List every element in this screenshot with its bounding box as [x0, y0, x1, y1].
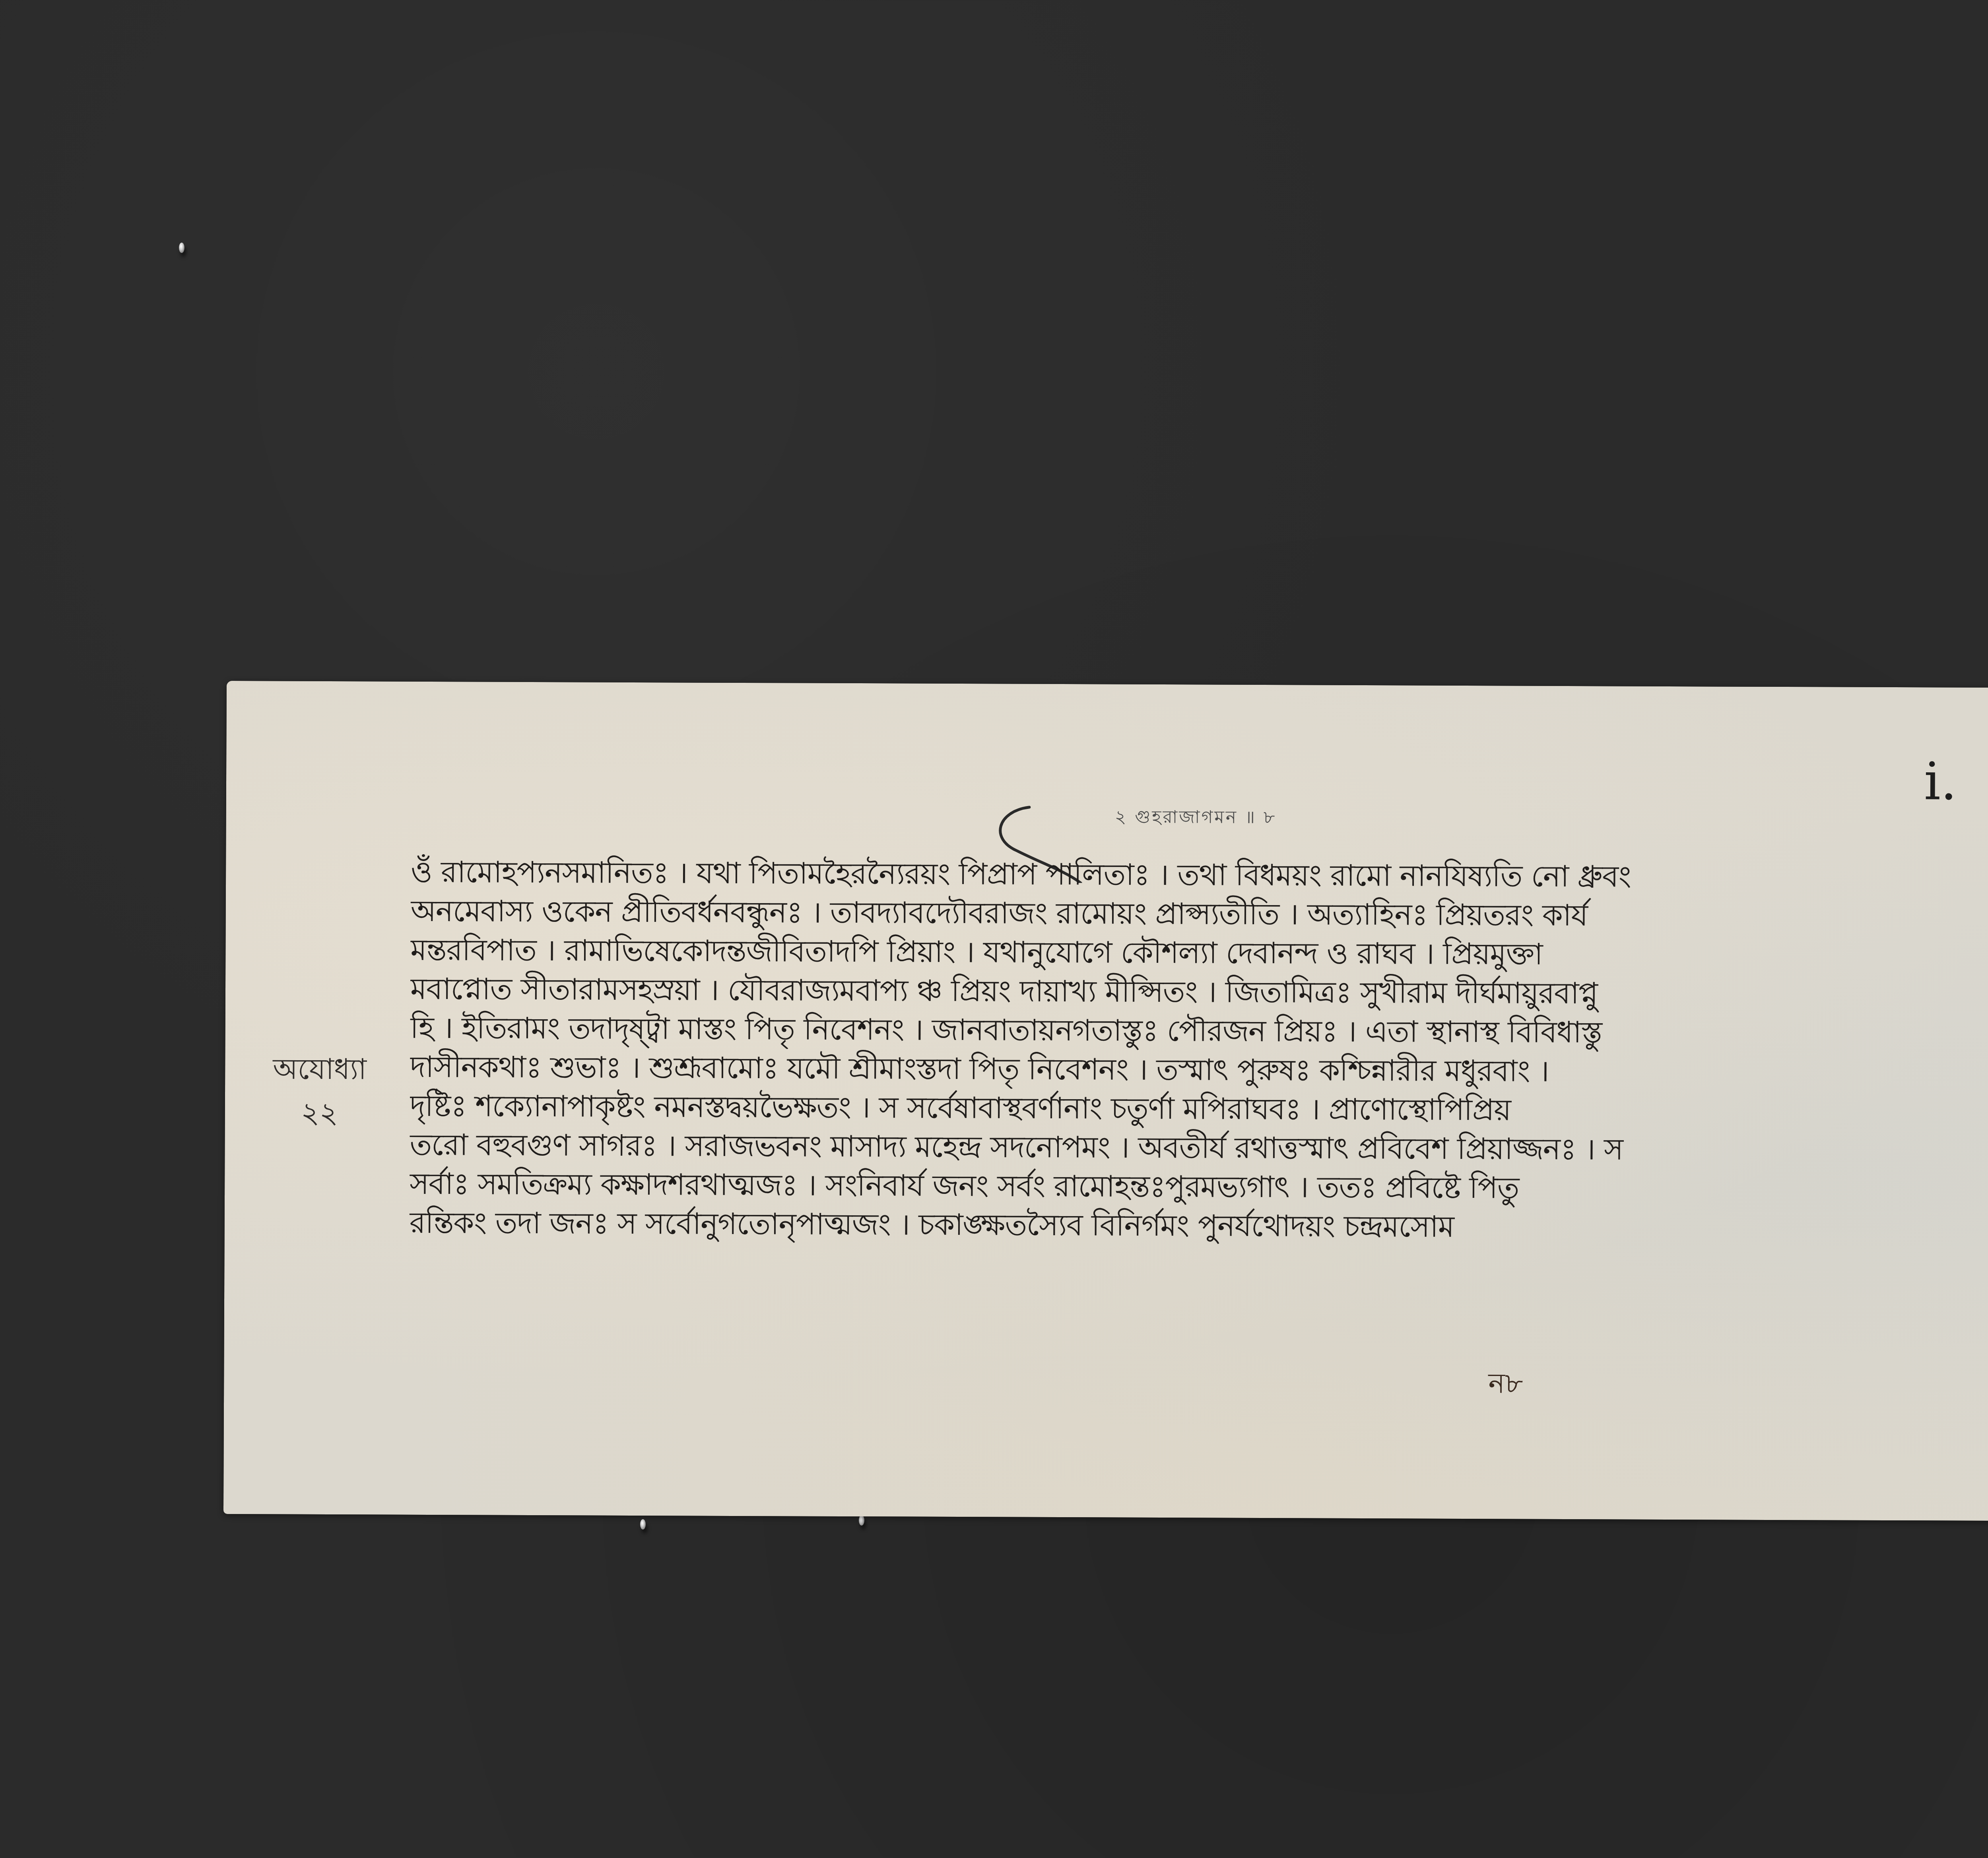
text-line: তরো বহুবগুণ সাগরঃ । সরাজভবনং মাসাদ্য মহে…: [410, 1125, 1988, 1171]
folio-footer-number: ন৮: [1488, 1362, 1523, 1408]
left-margin-title: অযোধ্যা: [273, 1047, 367, 1091]
pin-icon: [179, 243, 184, 253]
pin-icon: [640, 1519, 646, 1530]
text-line: অনমেবাস্য ওকেন প্রীতিবর্ধনবন্ধুনঃ । তাবদ…: [411, 892, 1988, 937]
text-line: রন্তিকং তদা জনঃ স সর্বোনুগতোনৃপাত্মজং । …: [410, 1203, 1988, 1249]
pin-icon: [859, 1515, 864, 1526]
text-line: দৃষ্টিঃ শক্যোনাপাকৃষ্টং নমনস্তদ্বয়ভৈক্ষ…: [410, 1086, 1988, 1132]
corner-mark: i.: [1924, 751, 1957, 811]
left-margin-number: ২২: [273, 1090, 367, 1135]
folio-header: ২ গুহরাজাগমন ॥ ৮: [1115, 804, 1277, 834]
black-mounting-board: ২ গুহরাজাগমন ॥ ৮ i. অযোধ্যা ২২ ওঁ রামোহপ…: [0, 0, 1988, 1858]
left-margin-label: অযোধ্যা ২২: [273, 1047, 367, 1135]
text-line: মন্তরবিপাত । রামাভিষেকোদন্তজীবিতাদপি প্র…: [410, 931, 1988, 976]
text-line: সর্বাঃ সমতিক্রম্য কক্ষাদশরথাত্মজঃ । সংনি…: [410, 1164, 1988, 1210]
manuscript-text: ওঁ রামোহপ্যনসমানিতঃ । যথা পিতামহৈরন্যৈরয…: [410, 853, 1988, 1249]
text-line: হি । ইতিরামং তদাদৃষ্ট্বা মাস্তং পিতৃ নিব…: [410, 1009, 1988, 1054]
text-line: দাসীনকথাঃ শুভাঃ । শুশ্রূবামোঃ যমৌ শ্রীমা…: [410, 1048, 1988, 1093]
text-line: ওঁ রামোহপ্যনসমানিতঃ । যথা পিতামহৈরন্যৈরয…: [411, 853, 1988, 898]
text-line: মবাপ্নোত সীতারামসহস্রয়া । যৌবরাজ্যমবাপ্…: [410, 970, 1988, 1015]
manuscript-folio: ২ গুহরাজাগমন ॥ ৮ i. অযোধ্যা ২২ ওঁ রামোহপ…: [223, 681, 1988, 1522]
